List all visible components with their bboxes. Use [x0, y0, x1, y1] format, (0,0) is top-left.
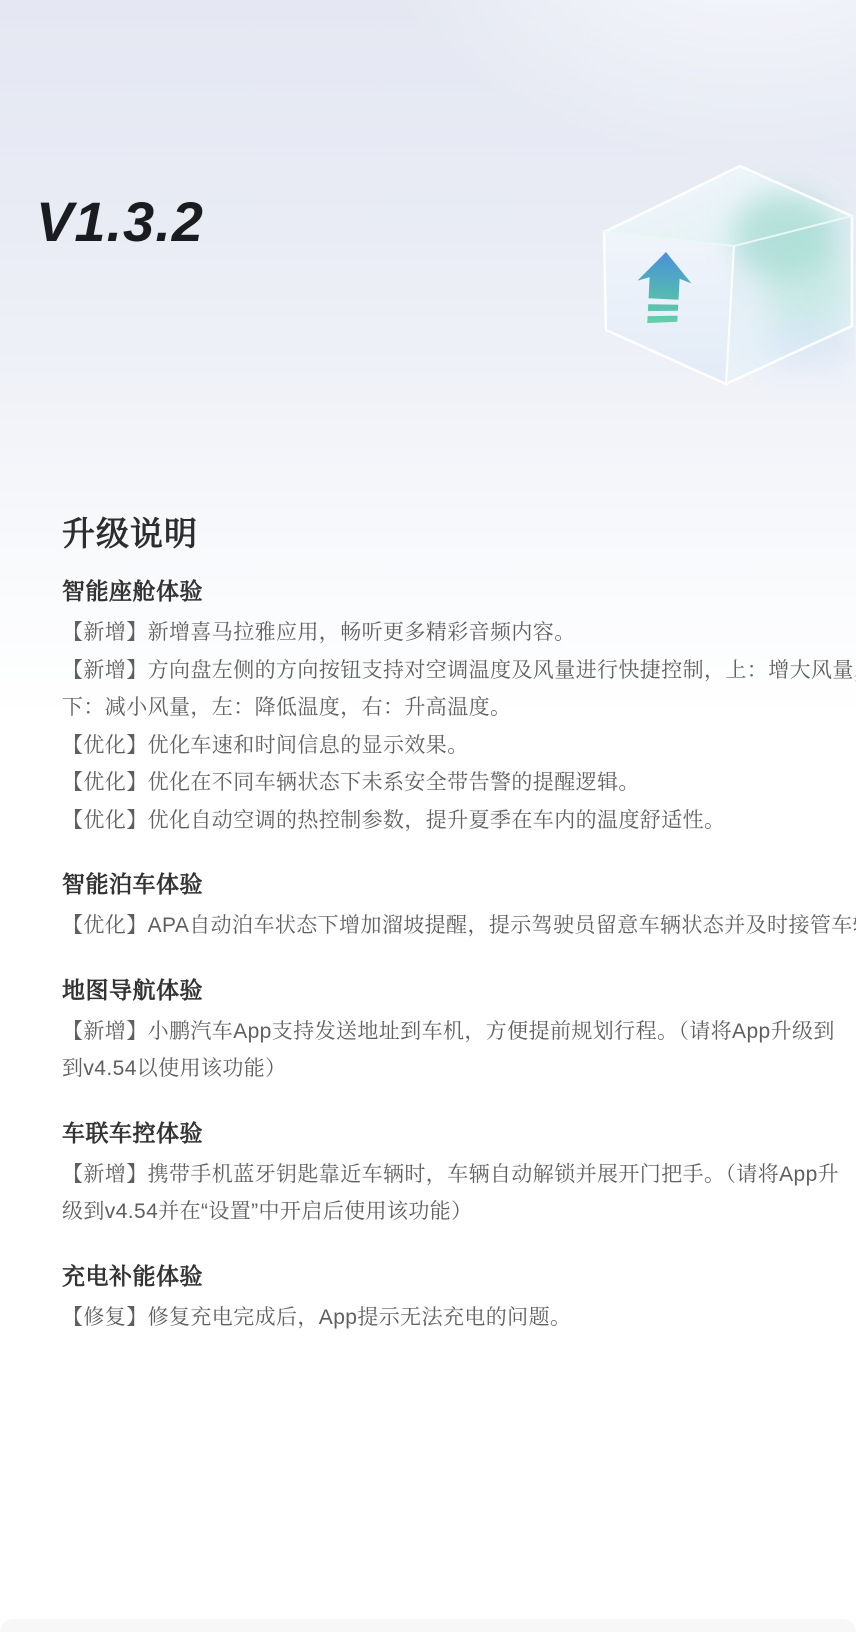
note-line: 【新增】小鹏汽车App支持发送地址到车机，方便提前规划行程。（请将App升级到: [62, 1013, 846, 1051]
bottom-sheet-edge: [0, 1619, 856, 1632]
section-smart-parking: 智能泊车体验 【优化】APA自动泊车状态下增加溜坡提醒，提示驾驶员留意车辆状态并…: [62, 867, 846, 945]
note-line: 级到v4.54并在“设置”中开启后使用该功能）: [62, 1193, 846, 1231]
section-connectivity-control: 车联车控体验 【新增】携带手机蓝牙钥匙靠近车辆时，车辆自动解锁并展开门把手。（请…: [62, 1116, 846, 1231]
section-title: 车联车控体验: [62, 1116, 846, 1150]
section-title: 充电补能体验: [62, 1259, 846, 1293]
note-line: 【新增】携带手机蓝牙钥匙靠近车辆时，车辆自动解锁并展开门把手。（请将App升: [62, 1156, 846, 1194]
ota-release-notes-page: V1.3.2: [0, 0, 856, 1632]
note-line: 【优化】优化在不同车辆状态下未系安全带告警的提醒逻辑。: [62, 764, 846, 802]
note-line: 【优化】优化车速和时间信息的显示效果。: [62, 727, 846, 765]
upgrade-cube-icon: [600, 160, 855, 392]
note-line: 【新增】新增喜马拉雅应用，畅听更多精彩音频内容。: [62, 614, 846, 652]
note-line: 【优化】APA自动泊车状态下增加溜坡提醒，提示驾驶员留意车辆状态并及时接管车辆。: [62, 907, 846, 945]
release-notes: 升级说明 智能座舱体验 【新增】新增喜马拉雅应用，畅听更多精彩音频内容。 【新增…: [62, 512, 846, 1336]
note-line: 【修复】修复充电完成后，App提示无法充电的问题。: [62, 1299, 846, 1337]
page-title: 升级说明: [62, 512, 846, 556]
note-line: 到v4.54以使用该功能）: [62, 1050, 846, 1088]
section-smart-cockpit: 智能座舱体验 【新增】新增喜马拉雅应用，畅听更多精彩音频内容。 【新增】方向盘左…: [62, 574, 846, 839]
note-line: 下：减小风量，左：降低温度，右：升高温度。: [62, 689, 846, 727]
section-title: 智能泊车体验: [62, 867, 846, 901]
version-title: V1.3.2: [36, 190, 204, 254]
section-title: 智能座舱体验: [62, 574, 846, 608]
section-title: 地图导航体验: [62, 973, 846, 1007]
note-line: 【优化】优化自动空调的热控制参数，提升夏季在车内的温度舒适性。: [62, 802, 846, 840]
section-map-navigation: 地图导航体验 【新增】小鹏汽车App支持发送地址到车机，方便提前规划行程。（请将…: [62, 973, 846, 1088]
section-charging: 充电补能体验 【修复】修复充电完成后，App提示无法充电的问题。: [62, 1259, 846, 1337]
note-line: 【新增】方向盘左侧的方向按钮支持对空调温度及风量进行快捷控制，上：增大风量，: [62, 652, 846, 690]
